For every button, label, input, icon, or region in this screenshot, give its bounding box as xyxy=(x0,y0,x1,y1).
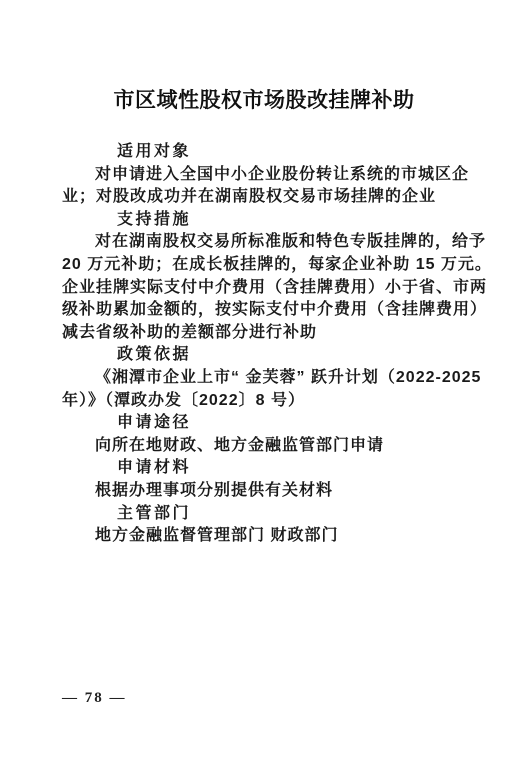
section-heading: 支持措施 xyxy=(62,209,468,232)
section-heading: 政策依据 xyxy=(62,344,468,367)
body-line: 级补助累加金额的，按实际支付中介费用（含挂牌费用） xyxy=(62,299,468,322)
section-heading: 适用对象 xyxy=(62,141,468,164)
body-line: 向所在地财政、地方金融监管部门申请 xyxy=(62,435,468,458)
body-line: 《湘潭市企业上市“ 金芙蓉” 跃升计划（2022-2025 xyxy=(62,367,468,390)
page-number: — 78 — xyxy=(62,690,127,707)
body-line: 年）》（潭政办发〔2022〕8 号） xyxy=(62,390,468,413)
body-line: 对在湖南股权交易所标准版和特色专版挂牌的，给予 xyxy=(62,231,468,254)
section-heading: 主管部门 xyxy=(62,503,468,526)
section-heading: 申请材料 xyxy=(62,457,468,480)
body-line: 减去省级补助的差额部分进行补助 xyxy=(62,322,468,345)
body-line: 对申请进入全国中小企业股份转让系统的市城区企 xyxy=(62,164,468,187)
section-heading: 申请途径 xyxy=(62,412,468,435)
document-body: 适用对象 对申请进入全国中小企业股份转让系统的市城区企 业；对股改成功并在湖南股… xyxy=(62,141,468,548)
document-page: 市区域性股权市场股改挂牌补助 适用对象 对申请进入全国中小企业股份转让系统的市城… xyxy=(0,0,528,767)
body-line: 20 万元补助；在成长板挂牌的，每家企业补助 15 万元。 xyxy=(62,254,468,277)
document-title: 市区域性股权市场股改挂牌补助 xyxy=(0,84,528,114)
body-line: 根据办理事项分别提供有关材料 xyxy=(62,480,468,503)
body-line: 业；对股改成功并在湖南股权交易市场挂牌的企业 xyxy=(62,186,468,209)
body-line: 企业挂牌实际支付中介费用（含挂牌费用）小于省、市两 xyxy=(62,277,468,300)
body-line: 地方金融监督管理部门 财政部门 xyxy=(62,525,468,548)
